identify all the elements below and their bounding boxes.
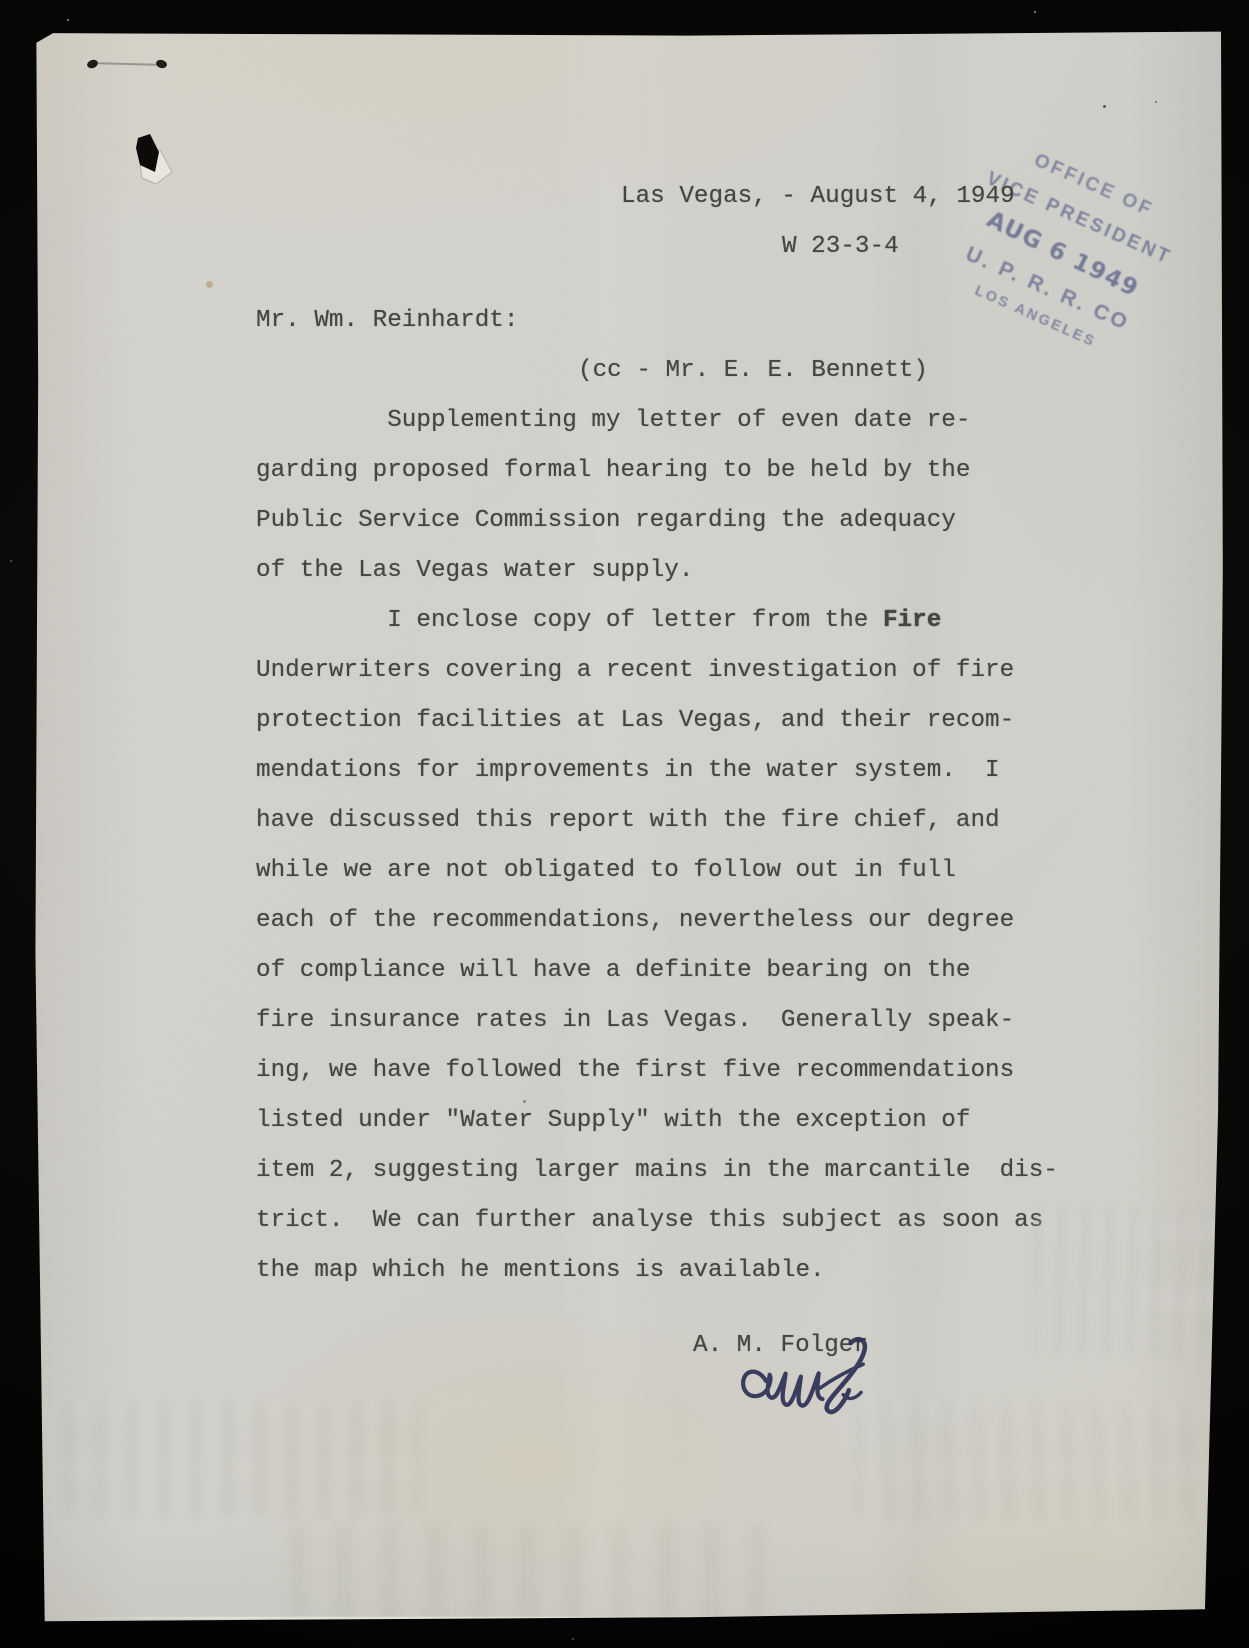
dust-speck xyxy=(67,19,69,21)
punch-tear-hole xyxy=(126,132,178,190)
letter-body-line: have discussed this report with the fire… xyxy=(256,796,1058,846)
signature-stroke-a-m xyxy=(742,1367,822,1410)
cc-line: (cc - Mr. E. E. Bennett) xyxy=(578,357,928,384)
bleedthrough-ghost-left-lower xyxy=(62,1402,422,1517)
letter-body-line: mendations for improvements in the water… xyxy=(256,746,1058,796)
handwritten-signature xyxy=(731,1331,887,1426)
dust-speck xyxy=(10,560,12,562)
staple-hole-right xyxy=(155,59,168,70)
staple-wire-mark xyxy=(94,62,162,66)
stamp-line-office: OFFICE OF xyxy=(1030,150,1156,222)
letter-body-line: trict. We can further analyse this subje… xyxy=(256,1196,1058,1246)
letter-body-line: the map which he mentions is available. xyxy=(256,1246,1058,1296)
recipient-line: Mr. Wm. Reinhardt: xyxy=(256,307,518,334)
letter-body-line: of the Las Vegas water supply. xyxy=(256,546,1058,596)
letter-body-line: garding proposed formal hearing to be he… xyxy=(256,446,1058,496)
letter-body-line: ing, we have followed the first five rec… xyxy=(256,1046,1058,1096)
letter-body-line: fire insurance rates in Las Vegas. Gener… xyxy=(256,996,1058,1046)
stamp-line-company: U. P. R. R. CO xyxy=(962,242,1133,336)
letter-body-line: Public Service Commission regarding the … xyxy=(256,496,1058,546)
letter-body-line: Underwriters covering a recent investiga… xyxy=(256,646,1058,696)
letter-body-line: I enclose copy of letter from the Fire xyxy=(256,596,1058,646)
photo-backdrop: OFFICE OF VICE PRESIDENT AUG 6 1949 U. P… xyxy=(0,0,1249,1648)
letter-body: Supplementing my letter of even date re-… xyxy=(256,396,1058,1296)
staple-hole-left xyxy=(86,58,99,69)
letter-body-line: of compliance will have a definite beari… xyxy=(256,946,1058,996)
letter-body-line: Supplementing my letter of even date re- xyxy=(256,396,1058,446)
letter-body-line: each of the recommendations, nevertheles… xyxy=(256,896,1058,946)
bleedthrough-ghost-bottom-center xyxy=(289,1525,769,1620)
reference-number: W 23-3-4 xyxy=(782,233,899,260)
ink-speck xyxy=(1155,101,1157,103)
bleedthrough-ghost-right-upper xyxy=(1034,1208,1219,1358)
dateline: Las Vegas, - August 4, 1949 xyxy=(621,183,1015,210)
letter-body-line: listed under "Water Supply" with the exc… xyxy=(256,1096,1058,1146)
letter-body-line: while we are not obligated to follow out… xyxy=(256,846,1058,896)
dust-speck xyxy=(1034,11,1036,13)
stamp-date: AUG 6 1949 xyxy=(983,207,1143,303)
letter-body-line: protection facilities at Las Vegas, and … xyxy=(256,696,1058,746)
bleedthrough-ghost-right-lower xyxy=(854,1402,1224,1522)
dust-speck xyxy=(572,1638,574,1640)
stamp-line-city: LOS ANGELES xyxy=(972,283,1098,351)
letter-paper: OFFICE OF VICE PRESIDENT AUG 6 1949 U. P… xyxy=(34,30,1224,1622)
foxing-spot xyxy=(206,281,213,288)
ink-speck xyxy=(1103,105,1106,108)
letter-body-line: item 2, suggesting larger mains in the m… xyxy=(256,1146,1058,1196)
signature-stroke-f xyxy=(822,1339,869,1412)
